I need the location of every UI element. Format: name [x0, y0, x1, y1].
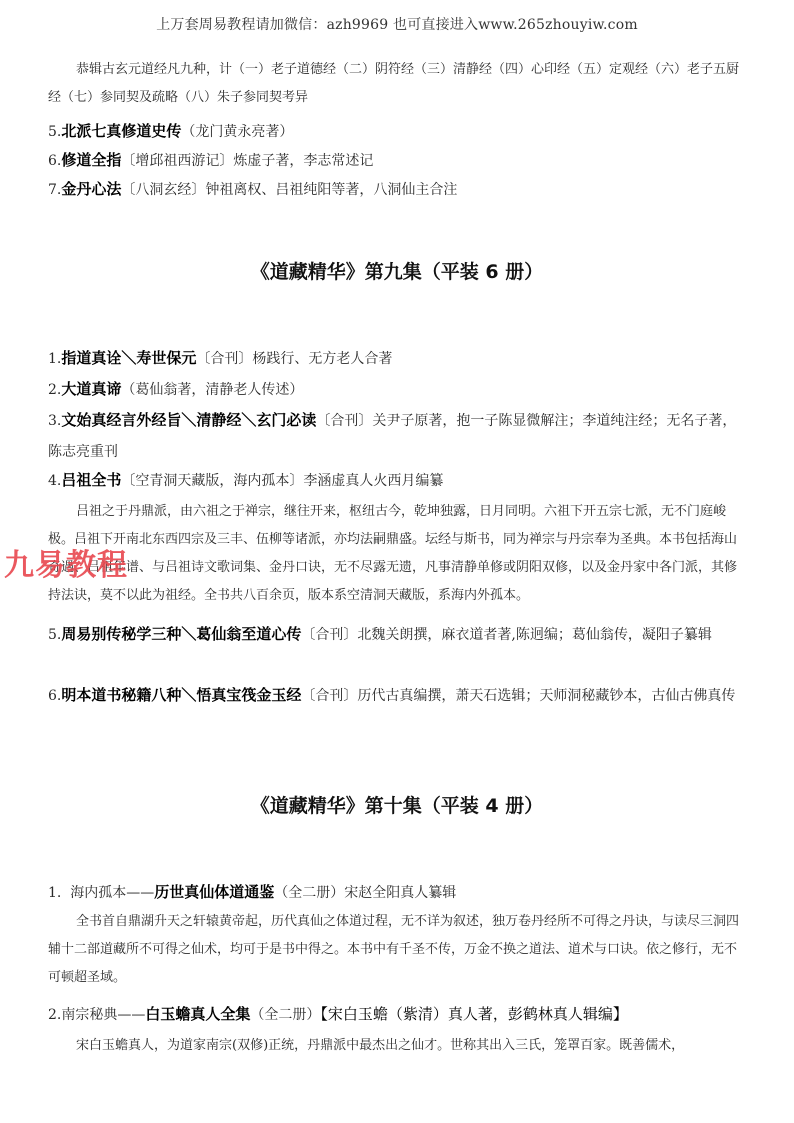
book-title: 历世真仙体道通鉴 [154, 883, 274, 901]
item-number: 2. [48, 382, 61, 398]
watermark-logo: 九易教程 [4, 540, 128, 584]
book-title: 文始真经言外经旨＼清静经＼玄门必读 [61, 411, 316, 429]
list-item: 6.修道全指〔增邱祖西游记〕炼虚子著，李志常述记 [48, 146, 748, 175]
book-title: 大道真谛 [61, 380, 121, 398]
book-title: 金丹心法 [61, 180, 121, 198]
book-description: 宋白玉蟾真人，为道家南宗(双修)正统，丹鼎派中最杰出之仙才。世称其出入三氏，笼罩… [48, 1032, 748, 1060]
book-info: （全二册）宋赵全阳真人纂辑 [274, 885, 456, 901]
book-info: （龙门黄永亮著） [181, 124, 293, 140]
book-title: 白玉蟾真人全集 [145, 1005, 250, 1023]
list-item: 5.周易别传秘学三种＼葛仙翁至道心传〔合刊〕北魏关朗撰，麻衣道者著,陈迥编；葛仙… [48, 619, 748, 651]
book-info: 〔合刊〕杨践行、无方老人合著 [196, 351, 392, 367]
list-item: 4.吕祖全书〔空青洞天藏版，海内孤本〕李涵虚真人火西月编纂 [48, 466, 748, 495]
book-info: （全二册） [250, 1007, 320, 1023]
book-title: 周易别传秘学三种＼葛仙翁至道心传 [61, 625, 301, 643]
item-number: 6. [48, 688, 61, 704]
item-number: 6. [48, 153, 61, 169]
book-prefix: 海内孤本—— [61, 885, 154, 901]
item-number: 3. [48, 413, 61, 429]
book-info: （葛仙翁著，清静老人传述） [121, 382, 303, 398]
book-title: 吕祖全书 [61, 471, 121, 489]
section-title-9: 《道藏精华》第九集（平装 6 册） [0, 257, 794, 284]
book-info: 〔合刊〕历代古真编撰，萧天石选辑；天师洞秘藏钞本，古仙古佛真传 [301, 688, 735, 704]
item-number: 5. [48, 627, 61, 643]
item-number: 5. [48, 124, 61, 140]
book-info: 〔合刊〕北魏关朗撰，麻衣道者著,陈迥编；葛仙翁传，凝阳子纂辑 [301, 627, 711, 643]
item-number: 1. [48, 351, 61, 367]
lvzu-description: 吕祖之于丹鼎派，由六祖之于禅宗，继往开来，枢纽古今，乾坤独露，日月同明。六祖下开… [48, 498, 748, 610]
item-number: 1. [48, 885, 61, 901]
author-info: 【宋白玉蟾（紫清）真人著，彭鹤林真人辑编】 [320, 1005, 628, 1023]
book-title: 明本道书秘籍八种＼悟真宝筏金玉经 [61, 686, 301, 704]
item-number: 7. [48, 182, 61, 198]
list-item: 1. 海内孤本——历世真仙体道通鉴（全二册）宋赵全阳真人纂辑 [48, 878, 748, 907]
book-title: 北派七真修道史传 [61, 122, 181, 140]
list-item: 2.大道真谛（葛仙翁著，清静老人传述） [48, 375, 748, 404]
list-item: 7.金丹心法〔八洞玄经〕钟祖离权、吕祖纯阳等著，八洞仙主合注 [48, 175, 748, 204]
item-number: 4. [48, 473, 61, 489]
list-item: 5.北派七真修道史传（龙门黄永亮著） [48, 117, 748, 146]
item-number: 2. [48, 1007, 61, 1023]
list-item: 6.明本道书秘籍八种＼悟真宝筏金玉经〔合刊〕历代古真编撰，萧天石选辑；天师洞秘藏… [48, 680, 748, 712]
book-info: 〔空青洞天藏版，海内孤本〕李涵虚真人火西月编纂 [121, 473, 443, 489]
section-title-10: 《道藏精华》第十集（平装 4 册） [0, 791, 794, 818]
list-item: 1.指道真诠＼寿世保元〔合刊〕杨践行、无方老人合著 [48, 344, 748, 373]
list-item: 3.文始真经言外经旨＼清静经＼玄门必读〔合刊〕关尹子原著，抱一子陈显微解注；李道… [48, 405, 748, 468]
book-description: 全书首自鼎湖升天之轩辕黄帝起，历代真仙之体道过程，无不详为叙述，独万卷丹经所不可… [48, 908, 748, 992]
book-title: 指道真诠＼寿世保元 [61, 349, 196, 367]
list-item: 2.南宗秘典——白玉蟾真人全集（全二册）【宋白玉蟾（紫清）真人著，彭鹤林真人辑编… [48, 1000, 748, 1029]
book-info: 〔八洞玄经〕钟祖离权、吕祖纯阳等著，八洞仙主合注 [121, 182, 457, 198]
page-header-banner: 上万套周易教程请加微信：azh9969 也可直接进入www.265zhouyiw… [0, 14, 794, 34]
intro-paragraph: 恭辑古玄元道经凡九种，计（一）老子道德经（二）阴符经（三）清静经（四）心印经（五… [48, 56, 748, 112]
book-info: 〔增邱祖西游记〕炼虚子著，李志常述记 [121, 153, 373, 169]
book-title: 修道全指 [61, 151, 121, 169]
book-prefix: 南宗秘典—— [61, 1007, 145, 1023]
